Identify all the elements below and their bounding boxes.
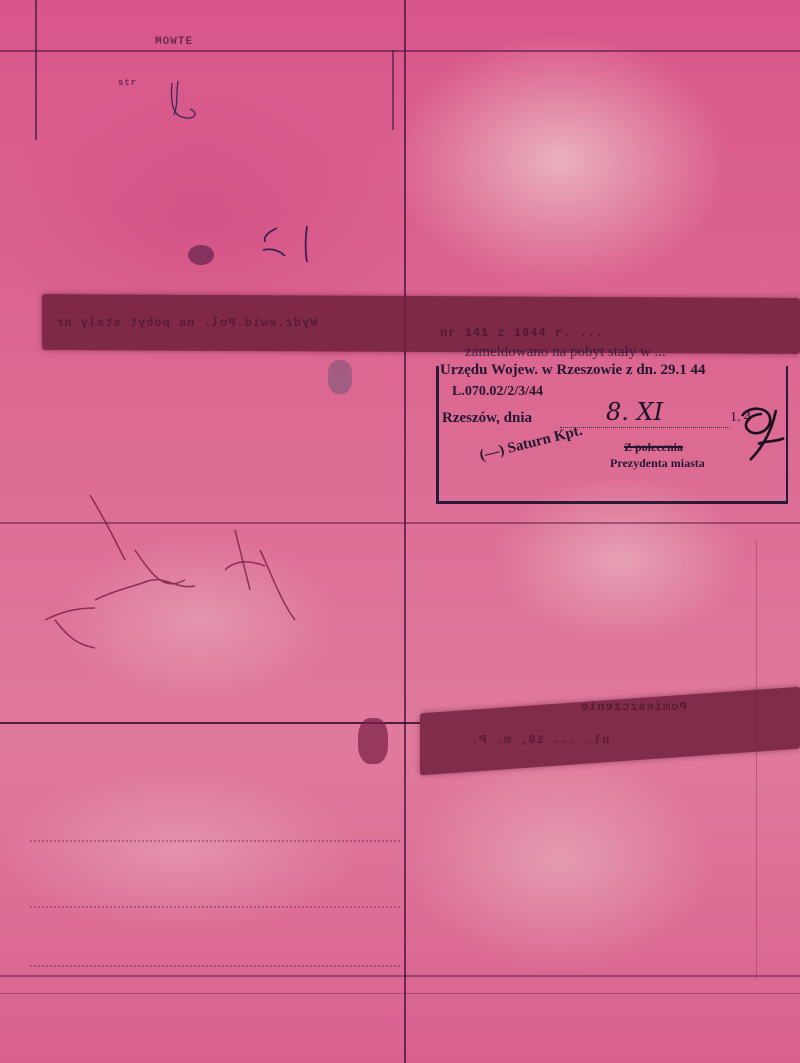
ruled-line-lower: [0, 975, 800, 977]
stamp-on-behalf-title: Prezydenta miasta: [610, 456, 705, 471]
fold-line-vertical-center: [404, 0, 406, 1063]
top-small-note: str: [118, 78, 137, 88]
stamp-handwritten-signature-mark: [728, 400, 798, 470]
dotted-line-1: [30, 840, 400, 842]
dotted-line-2: [30, 906, 400, 908]
upper-handwritten-mark: [255, 220, 335, 270]
stamp-date-dotted-line: [560, 427, 730, 428]
ink-smudge-upper: [188, 245, 214, 265]
dotted-line-3: [30, 965, 400, 967]
tape-lower-typed-line-2: ul. ... 10, m. P.: [470, 733, 609, 747]
ruled-line-vertical-left: [35, 0, 37, 140]
fold-line-lower-middle: [0, 722, 420, 724]
tape-upper-typed-text-right: nr 141 z 1944 r. ...: [440, 326, 604, 340]
document-page: MOWTE str Wydz.ewid.Pol. na pobyt staly …: [0, 0, 800, 1063]
stamp-on-behalf-struck: Z polecenia: [624, 440, 683, 455]
stamp-line-1: zameldowano na pobyt stały w ...: [465, 344, 666, 361]
stamp-date-handwritten: 8. XI: [606, 398, 663, 426]
ruled-line-bottom: [0, 993, 800, 994]
ruled-line-vertical-right-top: [392, 50, 394, 130]
stamp-date-label: Rzeszów, dnia: [442, 410, 532, 427]
faded-handwritten-signature: [35, 490, 315, 650]
fold-line-top: [0, 50, 800, 52]
tape-upper-typed-text-left: Wydz.ewid.Pol. na pobyt staly nr: [55, 316, 317, 330]
top-initial-mark: [160, 75, 220, 125]
stamp-line-3: L.070.02/2/3/44: [452, 384, 543, 400]
ink-smudge-mid: [328, 360, 352, 394]
top-typed-fragment: MOWTE: [155, 36, 193, 48]
ink-smudge-lower: [358, 718, 388, 764]
tape-lower-typed-line-1: Pomieszczenie: [580, 700, 687, 714]
ruled-line-vertical-far-right: [756, 540, 757, 980]
stamp-line-2: Urzędu Wojew. w Rzeszowie z dn. 29.1 44: [440, 362, 706, 379]
